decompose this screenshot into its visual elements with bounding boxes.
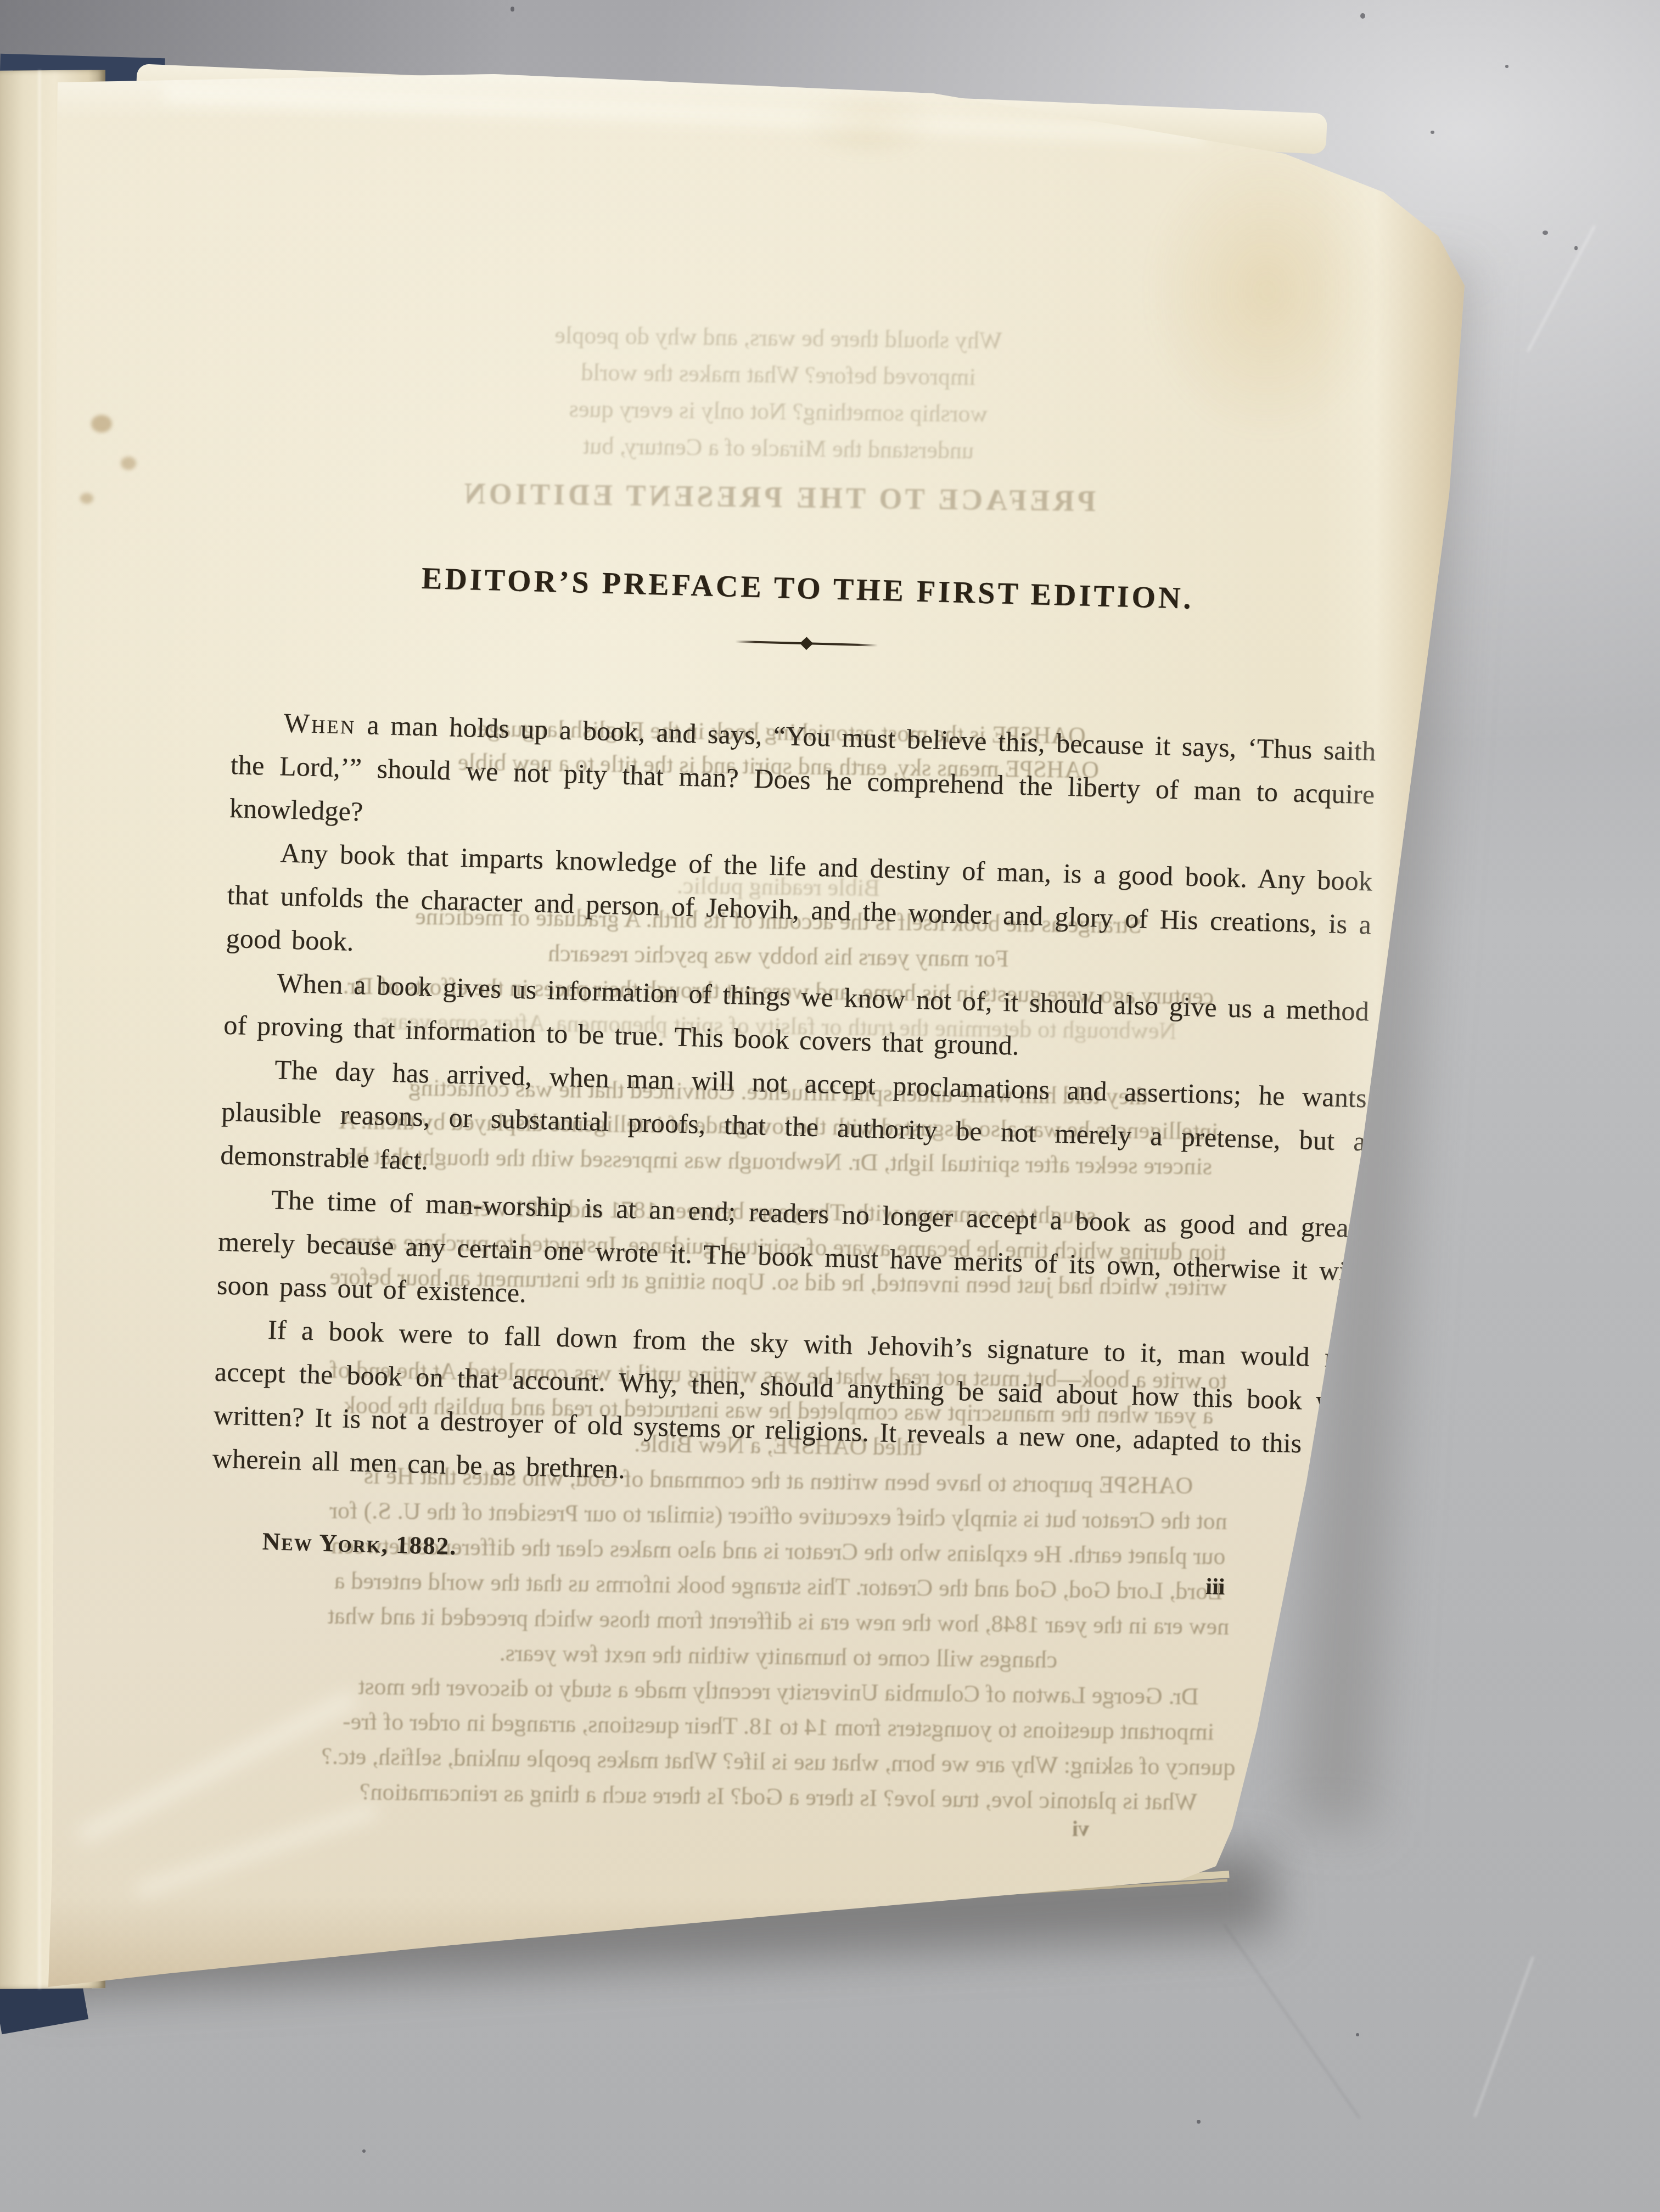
background-crease — [1224, 1924, 1360, 2119]
ghost-line: quency of asking: Why are we born, what … — [186, 1741, 1371, 1783]
ghost-line: important questions to youngsters from 1… — [186, 1705, 1371, 1748]
dust-speck — [1574, 246, 1578, 250]
dust-speck — [1505, 65, 1508, 68]
page-text-block: EDITOR’S PREFACE TO THE FIRST EDITION. W… — [212, 554, 1380, 1510]
ghost-line: Dr. George Lawton of Columbia University… — [186, 1670, 1371, 1713]
diamond-rule-ornament — [734, 636, 877, 651]
ghost-line: understand the Miracle of a Century, but — [186, 427, 1371, 469]
dust-speck — [1431, 131, 1434, 134]
ghost-line: improved before? What makes the world — [186, 353, 1371, 396]
paragraph: If a book were to fall down from the sky… — [212, 1307, 1361, 1510]
ghost-line: worship something? Not only is every que… — [186, 390, 1371, 433]
page-number: iii — [1205, 1574, 1225, 1601]
dust-speck — [511, 7, 514, 12]
ghost-line: changes will come to humanity within the… — [186, 1635, 1371, 1677]
ghost-line: new era in the year 1848, how the new er… — [186, 1600, 1371, 1642]
dust-speck — [1543, 231, 1548, 235]
ghost-line: Lord, Lord God, God and the Creator. Thi… — [186, 1565, 1371, 1607]
dust-speck — [1356, 2033, 1359, 2036]
smallcaps-lead: When — [283, 707, 356, 739]
ghost-page-number: vi — [1072, 1816, 1089, 1842]
ghost-line: What is platonic love, true love? Is the… — [186, 1776, 1371, 1818]
dust-speck — [1197, 2120, 1201, 2124]
background-crease — [1527, 225, 1596, 352]
diamond-icon — [800, 637, 813, 650]
imprint: New York, 1882. — [262, 1527, 457, 1560]
ghost-line: Why should there be wars, and why do peo… — [186, 317, 1371, 359]
dust-speck — [1360, 13, 1365, 19]
dust-speck — [362, 2149, 366, 2153]
background-crease — [1474, 1957, 1534, 2117]
ghost-title: PREFACE TO THE PRESENT EDITION — [186, 473, 1372, 521]
book-photo: PREFACE TO THE PRESENT EDITION vi Why sh… — [0, 0, 1660, 2212]
book-page: PREFACE TO THE PRESENT EDITION vi Why sh… — [48, 71, 1476, 1992]
preface-paragraphs: When a man holds up a book, and says, “Y… — [212, 700, 1377, 1510]
